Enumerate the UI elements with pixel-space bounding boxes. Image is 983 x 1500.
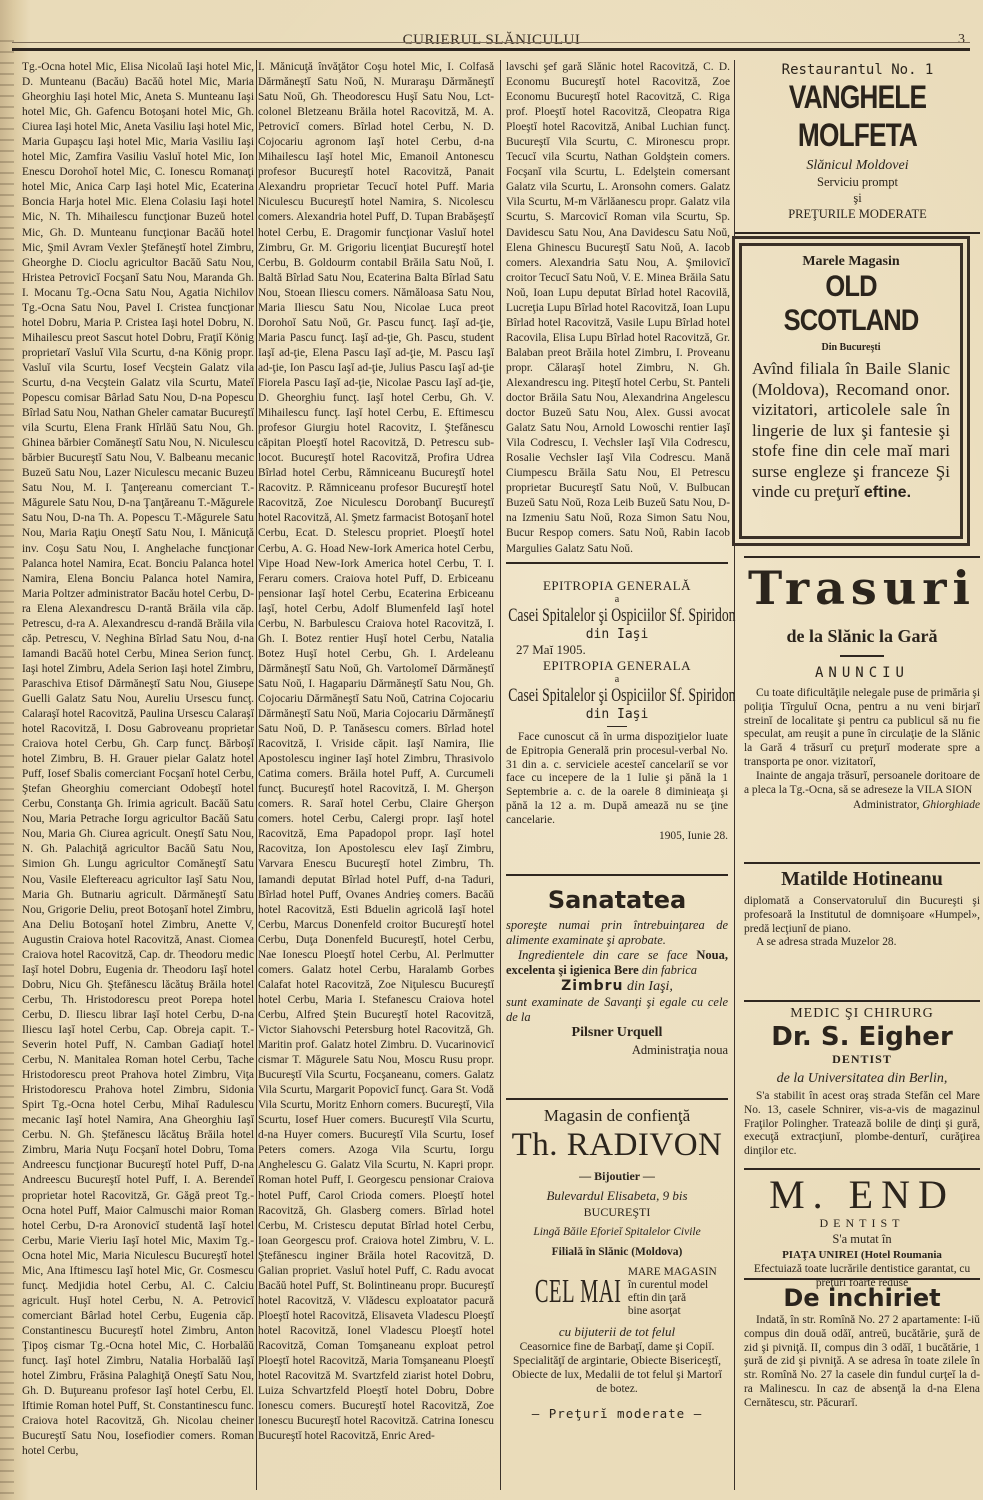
epitropia-heading-2: EPITROPIA GENERALA [506, 658, 728, 674]
divider [506, 562, 728, 564]
eigher-body: S'a stabilit în acest oraş strada Stefăn… [744, 1090, 980, 1159]
beer-brand: Zimbru [561, 978, 623, 994]
beer-ad: Sanatatea sporeşte numai prin întrebuinţ… [506, 874, 728, 1058]
guest-list-column-1: Tg.-Ocna hotel Mic, Elisa Nicolaŭ Iaşi h… [22, 60, 254, 1492]
jeweler-cel-mai: CEL MAI [535, 1273, 622, 1311]
guest-list-text: lavschi şef gară Slănic hotel Racovitză,… [506, 60, 730, 557]
jeweler-cel-mai-block: CEL MAI MARE MAGASIN în curentul model e… [506, 1266, 728, 1318]
short-divider [607, 726, 627, 727]
jeweler-ad: Magasin de confienţă Th. RADIVON — Bijou… [506, 1098, 728, 1422]
restaurant-kicker: Restaurantul No. 1 [735, 62, 980, 78]
jeweler-footer: — Preţurĭ moderate — [506, 1406, 728, 1422]
beer-ad-title: Sanatatea [506, 886, 728, 914]
epitropia-notice: EPITROPIA GENERALĂ a Casei Spitalelor şi… [506, 562, 728, 842]
trasuri-title: Trasuri [744, 558, 980, 618]
trasuri-ad: Trasuri de la Slănic la Gară ANUNCIU Cu … [744, 556, 980, 811]
divider [506, 1098, 728, 1100]
teacher-body: diplomată a Conservatoruluĭ din Bucureşt… [744, 895, 980, 936]
for-rent-title: De inchiriet [744, 1282, 980, 1314]
piano-teacher-ad: Matilde Hotineanu diplomată a Conservato… [744, 862, 980, 950]
teacher-name: Matilde Hotineanu [744, 868, 980, 891]
jeweler-claim-2: în curentul model [628, 1279, 717, 1292]
divider [744, 862, 980, 864]
restaurant-ad: Restaurantul No. 1 VANGHELE MOLFETA Slăn… [735, 60, 980, 234]
column-divider-2 [500, 60, 501, 1490]
epitropia-city-2: din Iaşi [506, 707, 728, 722]
jeweler-branch: Filială în Slănic (Moldova) [506, 1244, 728, 1260]
beer-ad-compare-text: sunt examinate de Savanţi şi egale cu ce… [506, 995, 728, 1025]
restaurant-name: VANGHELE MOLFETA [757, 78, 958, 154]
beer-ad-italic: Ingredientele din care se face [518, 948, 688, 962]
end-name: M. END [744, 1174, 980, 1216]
beer-brand-line: Zimbru din Iaşi, [506, 978, 728, 995]
beer-brand-suffix: din Iaşi, [627, 979, 673, 994]
scotland-body-text: Avînd filiala în Baile Slanic (Moldova),… [752, 359, 950, 501]
short-divider [840, 655, 884, 657]
page-number: 3 [958, 32, 965, 48]
old-scotland-ad: Marele Magasin OLD SCOTLAND Din Bucureşt… [732, 236, 970, 546]
jeweler-cel-mai-text: MARE MAGASIN în curentul model eftin din… [628, 1266, 717, 1318]
guest-list-text: I. Mănicuţă învăţător Coşu hotel Mic, I.… [258, 60, 494, 1444]
restaurant-line-2: şi [735, 190, 980, 206]
previous-page-edge [0, 40, 14, 1500]
beer-compare-brand: Pilsner Urquell [506, 1025, 728, 1041]
guest-list-column-2: I. Mănicuţă învăţător Coşu hotel Mic, I.… [258, 60, 494, 1492]
scotland-body-bold: eftine. [864, 484, 911, 501]
jeweler-name: Th. RADIVON [506, 1126, 728, 1164]
trasuri-signature: Administrator, Ghiorghiade [744, 799, 980, 811]
eigher-name: Dr. S. Eigher [744, 1022, 980, 1052]
jeweler-claim-1: MARE MAGASIN [628, 1266, 717, 1279]
jeweler-kicker: Magasin de confienţă [506, 1106, 728, 1126]
epitropia-institution-1: Casei Spitalelor şi Ospiciilor Sf. Spiri… [508, 605, 725, 627]
column-divider-1 [256, 60, 257, 1490]
divider [744, 1278, 980, 1280]
beer-ad-italic-end: din fabrica [642, 963, 697, 977]
divider [735, 232, 980, 234]
newspaper-title: CURIERUL SLĂNICULUI [14, 32, 969, 49]
guest-list-column-3: lavschi şef gară Slănic hotel Racovitză,… [506, 60, 730, 557]
jeweler-body: Ceasornice fine de Barbaţĭ, dame şi Copi… [506, 1340, 728, 1396]
trasuri-body-2: Inainte de angaja trăsurĭ, persoanele do… [744, 770, 980, 798]
beer-ad-signature: Administraţia noua [506, 1043, 728, 1058]
dentist-end-ad: M. END DENTIST S'a mutat în PIAŢA UNIREI… [744, 1168, 980, 1291]
eigher-kicker: MEDIC ŞI CHIRURG [744, 1006, 980, 1022]
eigher-university: de la Universitatea din Berlin, [744, 1071, 980, 1087]
epitropia-city-1: din Iaşi [506, 627, 728, 642]
jeweler-city: BUCUREŞTI [506, 1204, 728, 1220]
epitropia-a-1: a [506, 594, 728, 605]
masthead-thin-rule [12, 42, 970, 43]
epitropia-institution-2: Casei Spitalelor şi Ospiciilor Sf. Spiri… [508, 685, 725, 707]
epitropia-signature: 1905, Iunie 28. [506, 830, 728, 842]
scotland-origin: Din Bucureşti [752, 342, 950, 353]
dentist-eigher-ad: MEDIC ŞI CHIRURG Dr. S. Eigher DENTIST d… [744, 1000, 980, 1159]
scotland-name: OLD SCOTLAND [767, 270, 935, 338]
jeweler-tagline: cu bijuterii de tot felul [506, 1324, 728, 1340]
signature-label: Administrator, [853, 799, 919, 811]
end-role: DENTIST [744, 1216, 980, 1231]
beer-ad-paragraph: Ingredientele din care se face Noua, exc… [506, 948, 728, 978]
jeweler-role: — Bijoutier — [506, 1168, 728, 1184]
restaurant-line-3: PREŢURILE MODERATE [735, 206, 980, 222]
jeweler-claim-4: bine asorţat [628, 1305, 717, 1318]
for-rent-body: Indată, în str. Romînă No. 27 2 apartame… [744, 1314, 980, 1411]
jeweler-claim-3: eftin din ţară [628, 1292, 717, 1305]
restaurant-place: Slănicul Moldovei [735, 158, 980, 174]
teacher-address: A se adresa strada Muzelor 28. [744, 936, 980, 950]
divider [744, 1168, 980, 1170]
end-address: PIAŢA UNIREI (Hotel Roumania [744, 1247, 980, 1263]
epitropia-heading-1: EPITROPIA GENERALĂ [506, 578, 728, 594]
divider [744, 1000, 980, 1002]
jeweler-near: Lingă Băile Eforieĭ Spitalelor Civile [506, 1224, 728, 1240]
eigher-role: DENTIST [744, 1052, 980, 1067]
masthead: CURIERUL SLĂNICULUI 3 [14, 30, 969, 50]
masthead-thick-rule [12, 48, 970, 51]
guest-list-text: Tg.-Ocna hotel Mic, Elisa Nicolaŭ Iaşi h… [22, 60, 254, 1459]
epitropia-body: Face cunoscut că în urma dispoziţielor l… [506, 731, 728, 828]
restaurant-line-1: Serviciu prompt [735, 174, 980, 190]
scotland-kicker: Marele Magasin [752, 254, 950, 270]
divider [506, 874, 728, 876]
jeweler-street: Bulevardul Elisabeta, 9 bis [506, 1188, 728, 1204]
epitropia-a-2: a [506, 674, 728, 685]
trasuri-body: Cu toate dificultăţile nelegale puse de … [744, 687, 980, 770]
trasuri-subtitle: de la Slănic la Gară [744, 626, 980, 647]
scotland-body: Avînd filiala în Baile Slanic (Moldova),… [752, 359, 950, 504]
epitropia-date: 27 Maĭ 1905. [516, 642, 728, 658]
signature-name: Ghiorghiade [922, 799, 980, 811]
beer-ad-intro: sporeşte numai prin întrebuinţarea de al… [506, 918, 728, 948]
end-moved: S'a mutat în [744, 1231, 980, 1247]
for-rent-ad: De inchiriet Indată, în str. Romînă No. … [744, 1278, 980, 1411]
trasuri-heading: ANUNCIU [744, 665, 980, 681]
